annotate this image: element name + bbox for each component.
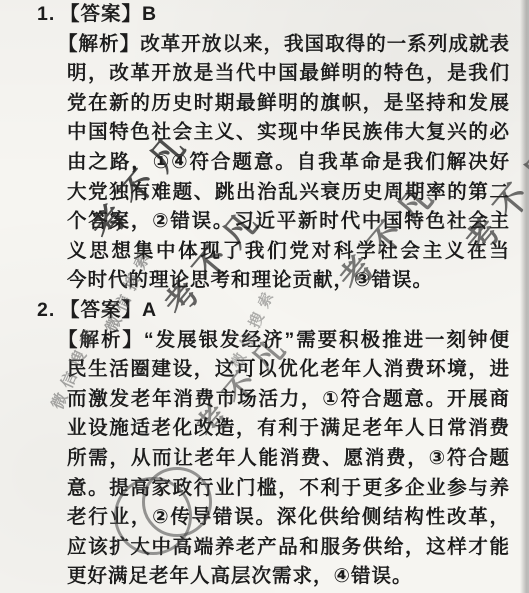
question-number: 2. bbox=[37, 296, 60, 326]
answer-label: 【答案】B bbox=[60, 3, 157, 25]
answer-items: 1.【答案】B 【解析】改革开放以来，我国取得的一系列成就表明，改革开放是当代中… bbox=[0, 0, 529, 592]
analysis-line: 【解析】“发展银发经济”需要积极推进一刻钟便 bbox=[67, 326, 510, 356]
analysis-line: 明，改革开放是当代中国最鲜明的特色，是我们 bbox=[67, 59, 510, 89]
analysis-line: 意。提高家政行业门槛，不利于更多企业参与养 bbox=[67, 474, 510, 504]
analysis-line: 由之路，①④符合题意。自我革命是我们解决好 bbox=[67, 148, 510, 178]
answer-label: 【答案】A bbox=[60, 299, 157, 321]
scanned-answer-page: 1.【答案】B 【解析】改革开放以来，我国取得的一系列成就表明，改革开放是当代中… bbox=[0, 0, 529, 593]
analysis-paragraph: 【解析】“发展银发经济”需要积极推进一刻钟便民生活圈建设，这可以优化老年人消费环… bbox=[67, 326, 510, 592]
analysis-line: 应该扩大中高端养老产品和服务供给，这样才能 bbox=[67, 533, 510, 563]
analysis-line: 而激发老年消费市场活力，①符合题意。开展商 bbox=[67, 385, 510, 415]
answer-line: 1.【答案】B bbox=[37, 0, 529, 30]
analysis-line: 党在新的历史时期最鲜明的旗帜，是坚持和发展 bbox=[67, 89, 510, 119]
question-number: 1. bbox=[37, 0, 60, 30]
analysis-line: 业设施适老化改造，有利于满足老年人日常消费 bbox=[67, 414, 510, 444]
analysis-line: 【解析】改革开放以来，我国取得的一系列成就表 bbox=[67, 30, 510, 60]
analysis-line: 老行业，②传导错误。深化供给侧结构性改革， bbox=[67, 503, 510, 533]
answer-item: 2.【答案】A 【解析】“发展银发经济”需要积极推进一刻钟便民生活圈建设，这可以… bbox=[0, 296, 529, 592]
analysis-line: 大党独有难题、跳出治乱兴衰历史周期率的第二 bbox=[67, 178, 510, 208]
analysis-paragraph: 【解析】改革开放以来，我国取得的一系列成就表明，改革开放是当代中国最鲜明的特色，… bbox=[67, 30, 510, 296]
analysis-line: 更好满足老年人高层次需求，④错误。 bbox=[67, 562, 510, 592]
analysis-line: 中国特色社会主义、实现中华民族伟大复兴的必 bbox=[67, 118, 510, 148]
analysis-line: 所需，从而让老年人能消费、愿消费，③符合题 bbox=[67, 444, 510, 474]
analysis-line: 今时代的理论思考和理论贡献，③错误。 bbox=[67, 266, 510, 296]
answer-item: 1.【答案】B 【解析】改革开放以来，我国取得的一系列成就表明，改革开放是当代中… bbox=[0, 0, 529, 296]
answer-line: 2.【答案】A bbox=[37, 296, 529, 326]
analysis-line: 个答案，②错误。习近平新时代中国特色社会主 bbox=[67, 207, 510, 237]
analysis-line: 义思想集中体现了我们党对科学社会主义在当 bbox=[67, 237, 510, 267]
analysis-line: 民生活圈建设，这可以优化老年人消费环境，进 bbox=[67, 355, 510, 385]
